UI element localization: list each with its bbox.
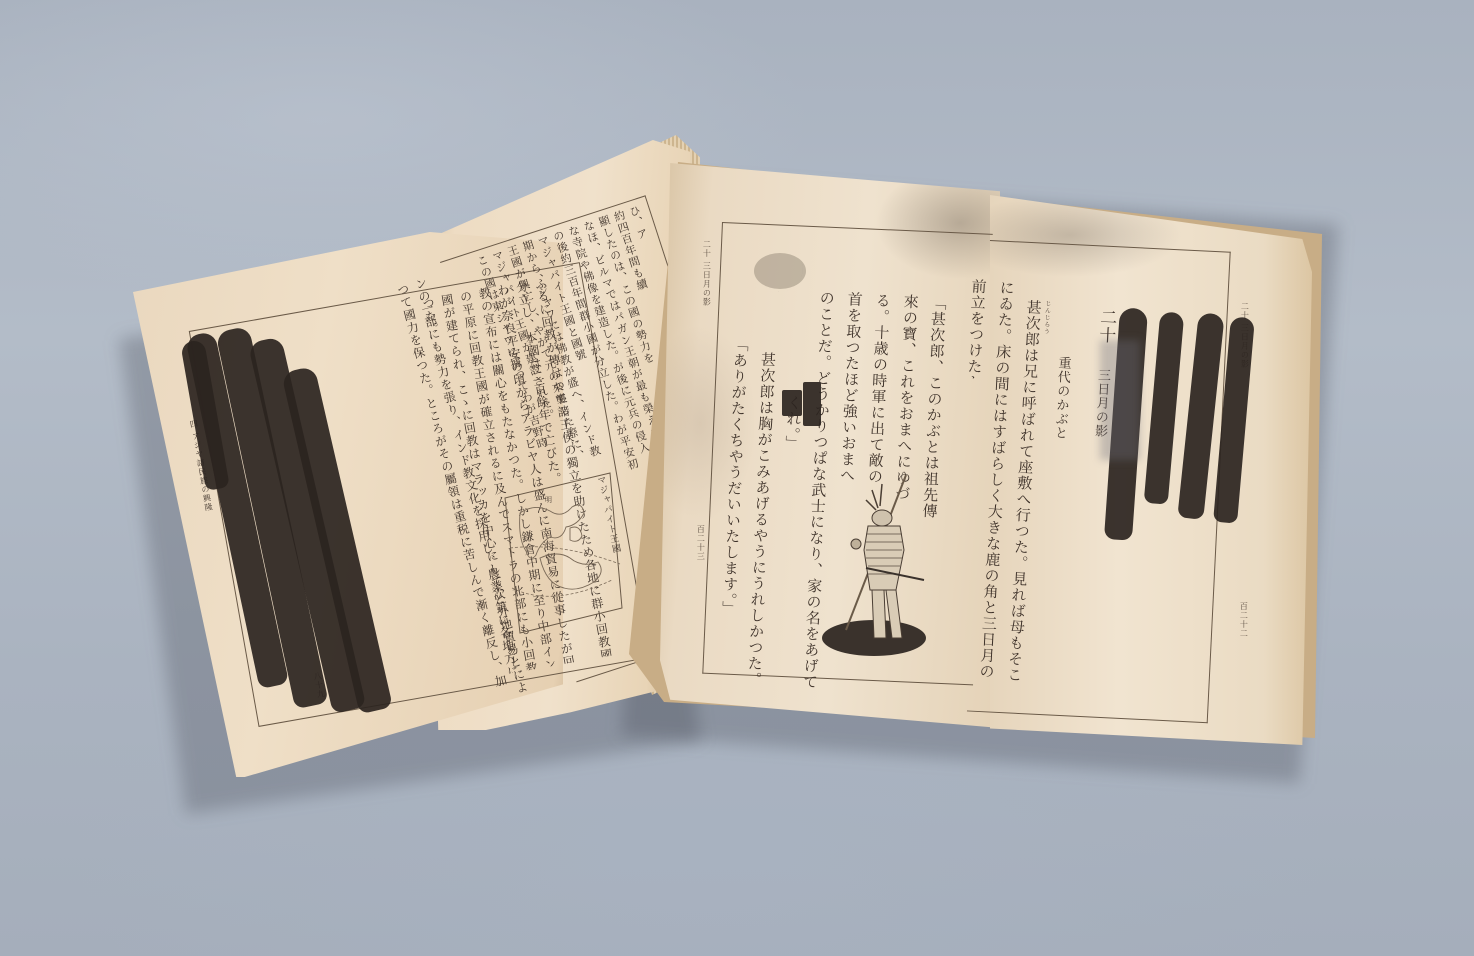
censor-ink-block xyxy=(782,390,802,416)
body-line: 前立をつけたかぶとが飾つてあつた。 xyxy=(962,278,990,379)
erased-smudge xyxy=(1100,340,1140,460)
page-number-right: 百二十二 xyxy=(1237,602,1249,642)
samurai-with-spear-illustration xyxy=(816,470,926,660)
running-header-left: 二十 三日月の影 xyxy=(700,240,712,320)
section-title: 重代のかぶと xyxy=(1048,356,1073,457)
page-number-left: 百二十三 xyxy=(694,525,706,565)
right-textbook: 二十 三日月の影 百二十三 二十 三日月の影 百二十二 二十 三日月の影 重代の… xyxy=(0,0,1474,956)
censor-ink-block xyxy=(803,382,821,426)
